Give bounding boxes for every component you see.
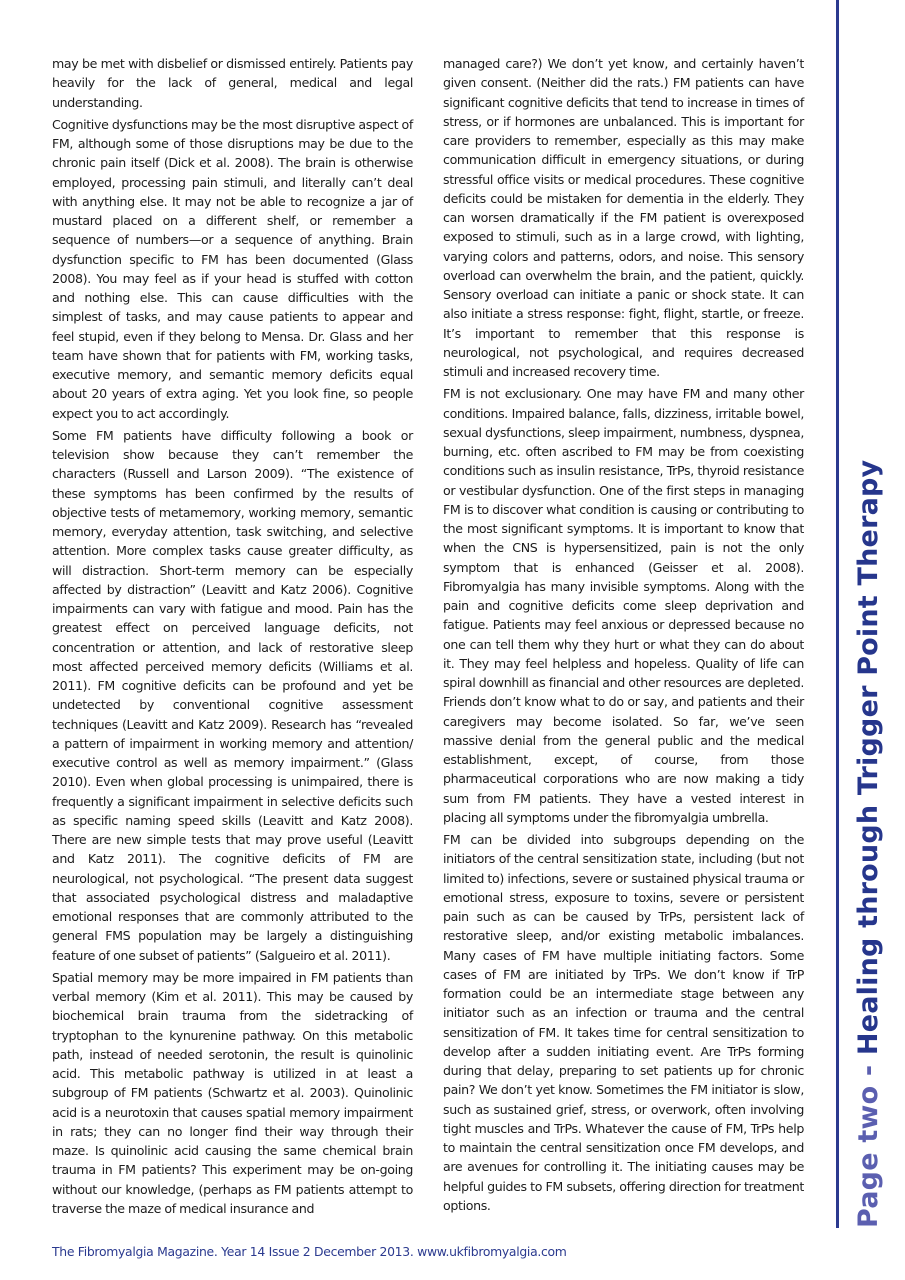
right-text-column: managed care?) We don’t yet know, and ce… (443, 54, 804, 1218)
paragraph: Spatial memory may be more impaired in F… (52, 968, 413, 1218)
page-footer: The Fibromyalgia Magazine. Year 14 Issue… (52, 1244, 567, 1259)
paragraph: FM can be divided into subgroups dependi… (443, 830, 804, 1215)
left-text-column: may be met with disbelief or dismissed e… (52, 54, 413, 1221)
side-title-lead: Page two - (853, 1055, 884, 1228)
paragraph: Cognitive dysfunctions may be the most d… (52, 115, 413, 423)
vertical-divider-rule (836, 0, 839, 1228)
paragraph: may be met with disbelief or dismissed e… (52, 54, 413, 112)
paragraph: Some FM patients have difficulty followi… (52, 426, 413, 965)
side-page-title: Page two - Healing through Trigger Point… (852, 460, 886, 1228)
paragraph: FM is not exclusionary. One may have FM … (443, 384, 804, 827)
paragraph: managed care?) We don’t yet know, and ce… (443, 54, 804, 381)
side-title-main: Healing through Trigger Point Therapy (853, 460, 884, 1055)
